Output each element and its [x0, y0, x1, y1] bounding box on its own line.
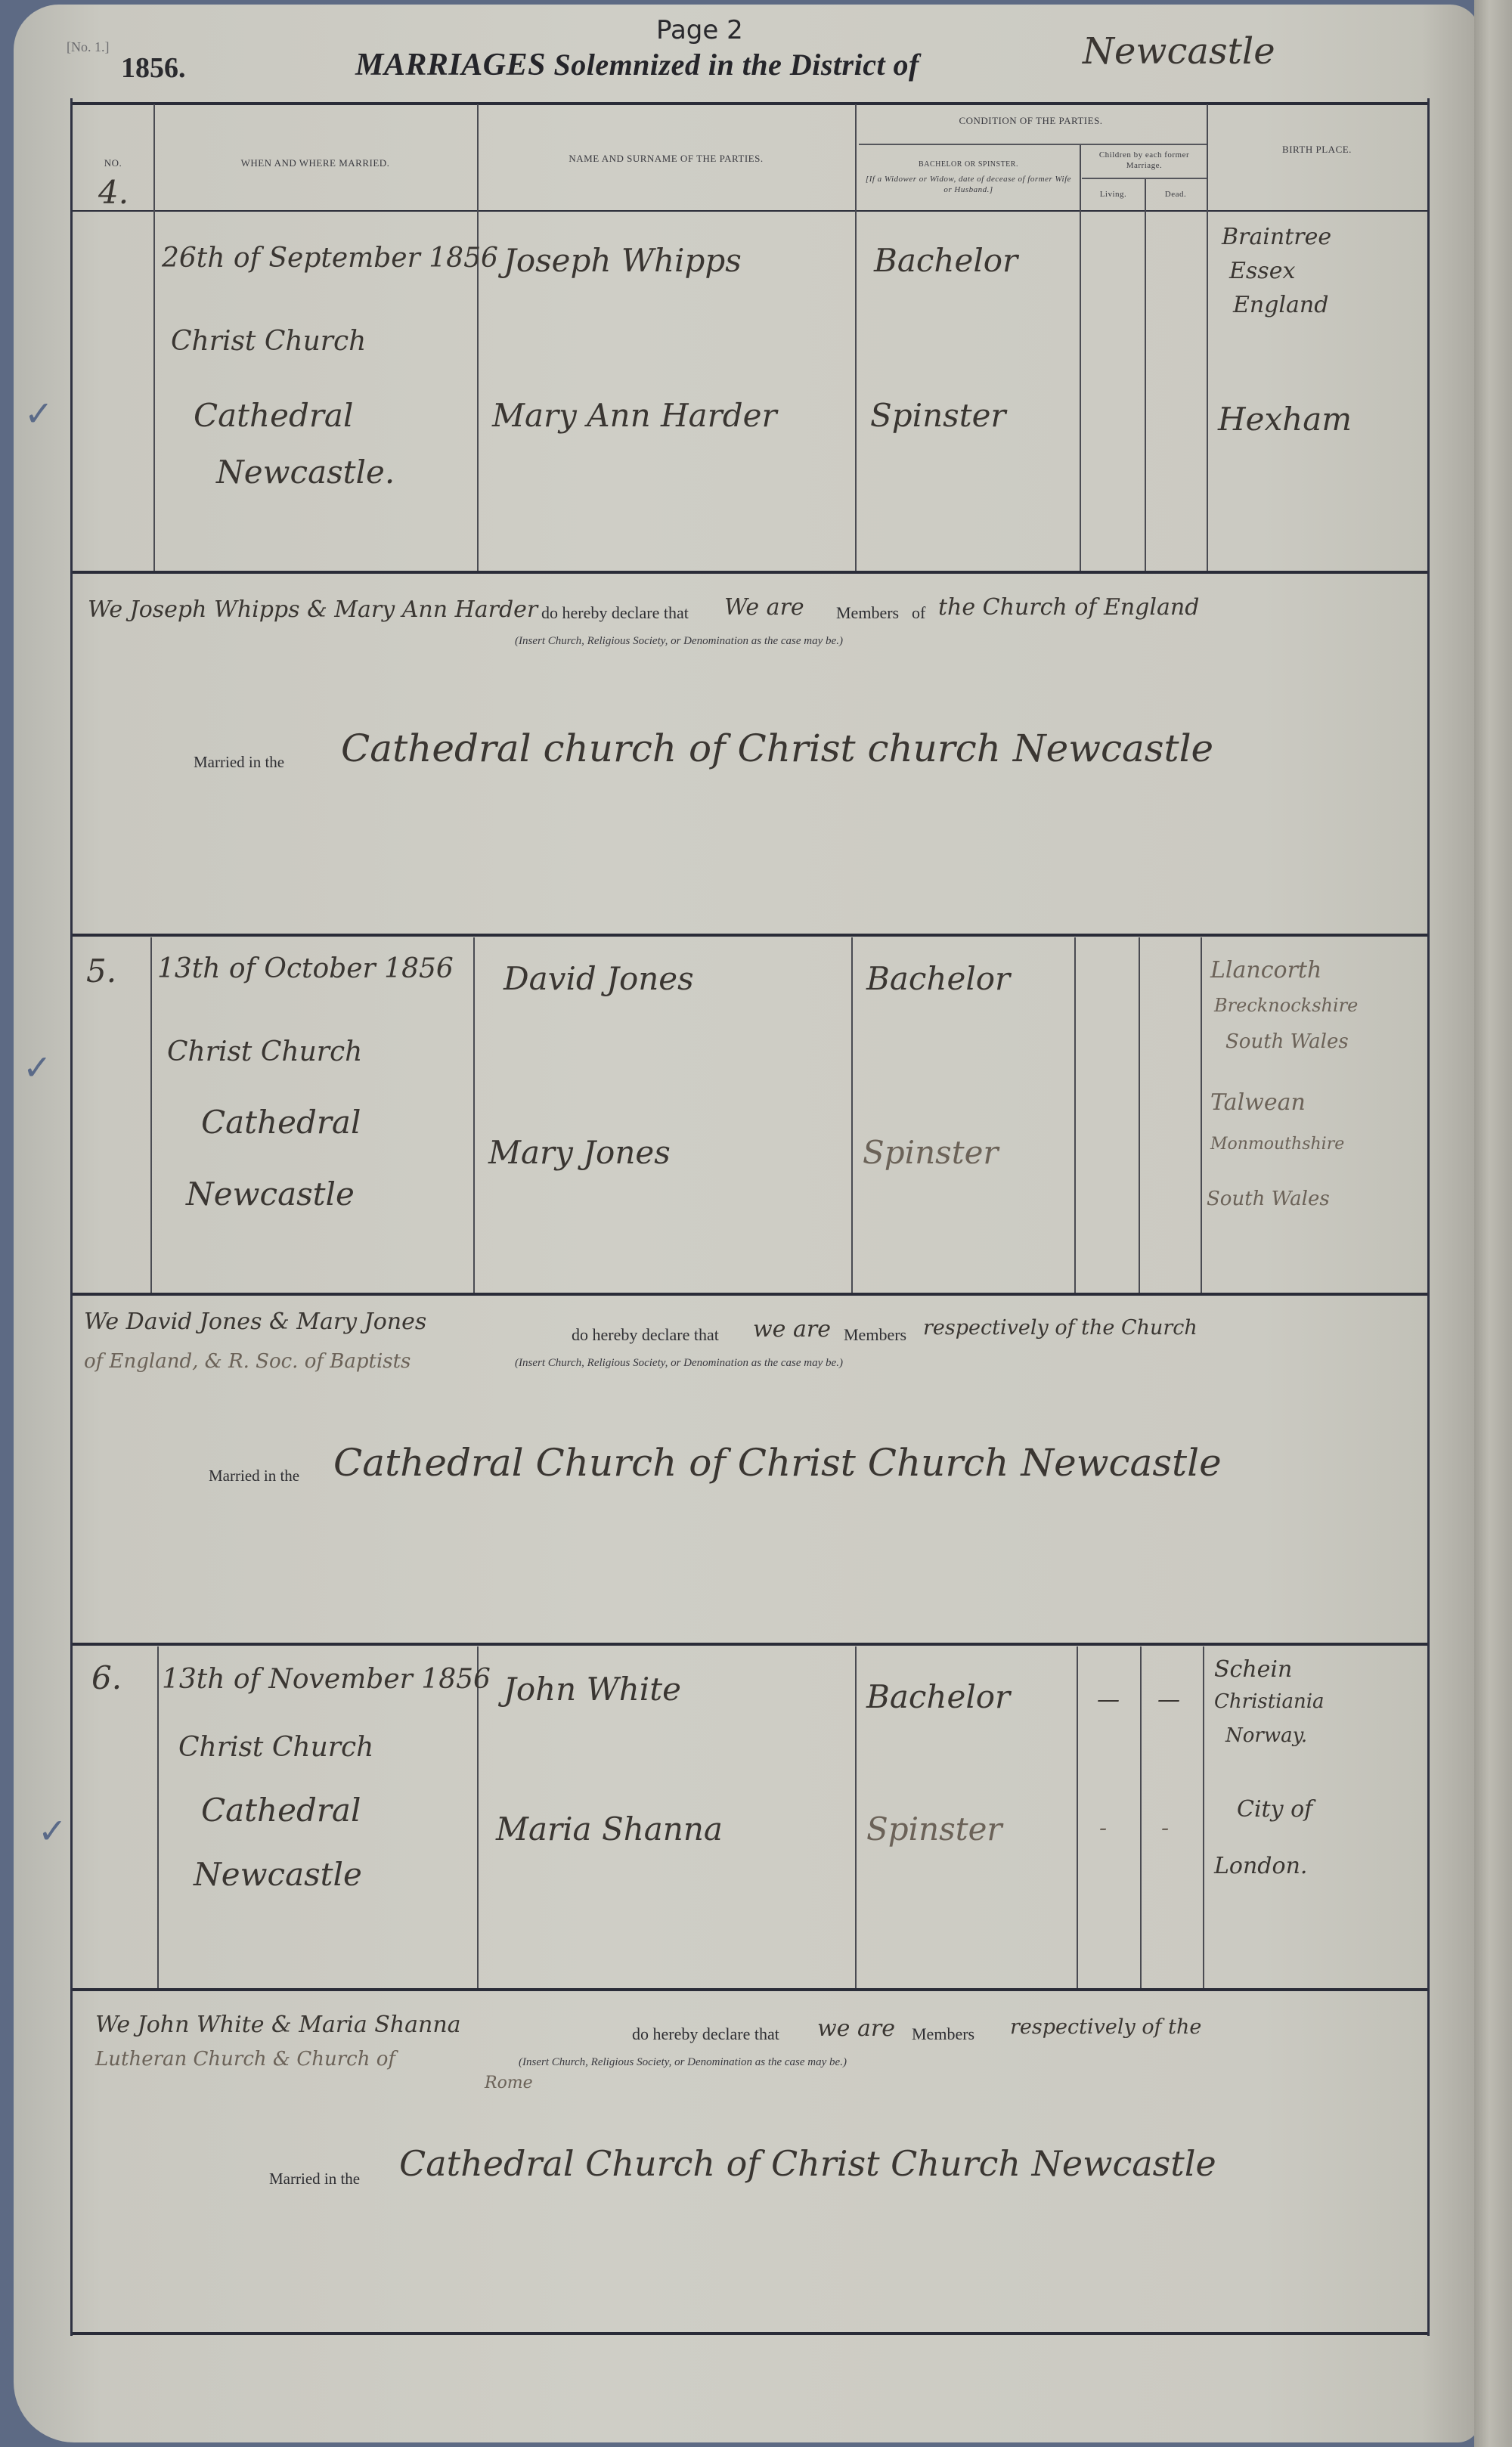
col-rule [477, 104, 479, 571]
rule-entry6-bottom [73, 1988, 1427, 1991]
rule-condition-sub [859, 144, 1207, 145]
marriage-date: 26th of September 1856 [162, 242, 498, 274]
col-header-no: No. [73, 157, 153, 169]
bride-name: Mary Ann Harder [492, 397, 777, 435]
district-name: Newcastle [1083, 30, 1275, 73]
denomination-line2: Lutheran Church & Church of [95, 2047, 395, 2072]
groom-condition: Bachelor [874, 242, 1018, 280]
bride-children-dead: - [1161, 1814, 1169, 1843]
marriage-date: 13th of October 1856 [157, 952, 454, 985]
members-text: Members [844, 1325, 906, 1345]
col-rule [1074, 937, 1076, 1293]
denomination-line1: respectively of the [1010, 2015, 1201, 2040]
bride-birthplace-2: Monmouthshire [1210, 1134, 1344, 1155]
married-in-place: Cathedral Church of Christ Church Newcas… [399, 2143, 1216, 2185]
rule-bottom [73, 2332, 1427, 2335]
col-rule [1203, 1646, 1204, 1988]
marriage-place-line2: Cathedral [194, 397, 353, 435]
marriage-place-line1: Christ Church [178, 1731, 373, 1764]
denomination-line1: respectively of the Church [923, 1315, 1198, 1341]
groom-birthplace-1: Braintree [1222, 223, 1331, 252]
col-header-names: Name and Surname of the Parties. [477, 153, 855, 165]
col-rule [1201, 937, 1202, 1293]
col-header-condition: Condition of the Parties. [855, 115, 1207, 127]
groom-birthplace-2: Christiania [1214, 1690, 1325, 1714]
groom-birthplace-3: South Wales [1225, 1030, 1349, 1055]
page-label: Page 2 [656, 15, 743, 45]
marriage-place-line3: Newcastle. [216, 454, 395, 491]
marriage-place-line2: Cathedral [201, 1792, 361, 1829]
married-in-label: Married in the [269, 2170, 360, 2188]
children-living: — [1097, 1686, 1120, 1714]
marriage-place-line3: Newcastle [194, 1856, 362, 1894]
rule-decl5-bottom [73, 1643, 1427, 1646]
married-in-place: Cathedral Church of Christ Church Newcas… [333, 1440, 1222, 1485]
col-rule [150, 937, 152, 1293]
rule-top [73, 102, 1427, 105]
marriage-place-line2: Cathedral [201, 1104, 361, 1141]
col-header-widow-note: [If a Widower or Widow, date of decease … [863, 174, 1074, 195]
insert-church-hint: (Insert Church, Religious Society, or De… [515, 635, 843, 648]
we-are: we are [817, 2015, 895, 2043]
bride-condition: Spinster [870, 397, 1006, 435]
married-in-place: Cathedral church of Christ church Newcas… [341, 726, 1213, 771]
bride-condition: Spinster [866, 1810, 1002, 1848]
groom-name: Joseph Whipps [503, 242, 742, 280]
insert-church-hint: (Insert Church, Religious Society, or De… [519, 2056, 847, 2069]
insert-church-hint: (Insert Church, Religious Society, or De… [515, 1357, 843, 1370]
rule-entry4-bottom [73, 571, 1427, 574]
col-header-birth-place: Birth Place. [1207, 144, 1427, 156]
bride-birthplace-1: Talwean [1210, 1089, 1306, 1117]
col-rule [157, 1646, 159, 1988]
marriage-place-line3: Newcastle [186, 1175, 355, 1213]
title-rest: Solemnized in the District of [553, 48, 919, 82]
entry-number: 6. [91, 1659, 122, 1696]
groom-name: David Jones [503, 960, 694, 998]
col-header-children: Children by each former Marriage. [1082, 150, 1207, 171]
groom-birthplace-2: Essex [1229, 257, 1295, 286]
married-in-label: Married in the [209, 1467, 299, 1485]
bride-children-living: - [1099, 1814, 1107, 1843]
check-mark-icon: ✓ [24, 393, 54, 434]
col-rule [855, 1646, 857, 1988]
bride-birthplace: Hexham [1218, 401, 1352, 438]
bride-birthplace-1: City of [1237, 1795, 1312, 1824]
bride-birthplace-3: South Wales [1207, 1187, 1330, 1212]
col-rule [1207, 104, 1208, 571]
marriage-place-line1: Christ Church [171, 325, 366, 358]
groom-name: John White [503, 1671, 681, 1708]
col-rule [1140, 1646, 1142, 1988]
groom-birthplace-1: Llancorth [1210, 956, 1321, 985]
col-rule [1139, 937, 1140, 1293]
marriage-place-line1: Christ Church [167, 1036, 362, 1068]
col-rule [1080, 144, 1081, 571]
col-rule [473, 937, 475, 1293]
we-are: We are [724, 593, 804, 622]
declarant-names: We David Jones & Mary Jones [84, 1308, 426, 1337]
bride-birthplace-2: London. [1214, 1852, 1307, 1881]
members-text: Members [912, 2024, 974, 2044]
denomination-line3: Rome [485, 2073, 533, 2094]
members-text: Members [836, 603, 899, 623]
children-dead: — [1157, 1686, 1180, 1714]
page-title: MARRIAGES Solemnized in the District of [355, 47, 919, 83]
bride-condition: Spinster [863, 1134, 999, 1172]
bride-name: Mary Jones [488, 1134, 671, 1172]
rule-header-bottom [73, 210, 1427, 212]
groom-birthplace-3: England [1233, 291, 1328, 320]
check-mark-icon: ✓ [38, 1810, 67, 1851]
bride-name: Maria Shanna [496, 1810, 723, 1848]
rule-entry5-bottom [73, 1293, 1427, 1296]
declare-text: do hereby declare that [632, 2024, 779, 2044]
col-header-living: Living. [1082, 189, 1145, 200]
col-rule [153, 104, 155, 571]
col-rule [855, 104, 857, 571]
col-rule [1145, 178, 1146, 571]
declarant-names: We John White & Maria Shanna [95, 2011, 461, 2040]
denomination: the Church of England [938, 593, 1199, 622]
groom-condition: Bachelor [866, 1678, 1010, 1716]
entry-number: 5. [86, 952, 116, 990]
denomination-line2: of England, & R. Soc. of Baptists [84, 1349, 411, 1374]
rule-decl4-bottom [73, 934, 1427, 937]
groom-condition: Bachelor [866, 960, 1010, 998]
declarant-names: We Joseph Whipps & Mary Ann Harder [88, 596, 538, 624]
groom-birthplace-1: Schein [1214, 1656, 1292, 1684]
of-text: of [912, 603, 925, 623]
col-rule [1077, 1646, 1078, 1988]
col-rule [477, 1646, 479, 1988]
col-header-when-where: When and Where Married. [153, 157, 477, 169]
entry-number: 4. [98, 174, 129, 211]
col-rule [851, 937, 853, 1293]
groom-birthplace-3: Norway. [1225, 1724, 1307, 1749]
marriage-register-table: No. When and Where Married. Name and Sur… [70, 98, 1430, 2336]
declare-text: do hereby declare that [541, 603, 689, 623]
we-are: we are [753, 1315, 831, 1344]
adjacent-page-edge [1474, 0, 1512, 2447]
marriage-date: 13th of November 1856 [162, 1663, 491, 1696]
register-year: 1856. [121, 51, 186, 85]
declare-text: do hereby declare that [572, 1325, 719, 1345]
rule-children-sub [1082, 178, 1207, 179]
col-header-dead: Dead. [1145, 189, 1207, 200]
form-number: [No. 1.] [67, 39, 110, 55]
title-marriages: MARRIAGES [355, 48, 546, 82]
check-mark-icon: ✓ [23, 1047, 52, 1088]
groom-birthplace-2: Brecknockshire [1214, 994, 1358, 1017]
col-header-bachelor-spinster: Bachelor or Spinster. [859, 160, 1078, 169]
married-in-label: Married in the [194, 753, 284, 772]
